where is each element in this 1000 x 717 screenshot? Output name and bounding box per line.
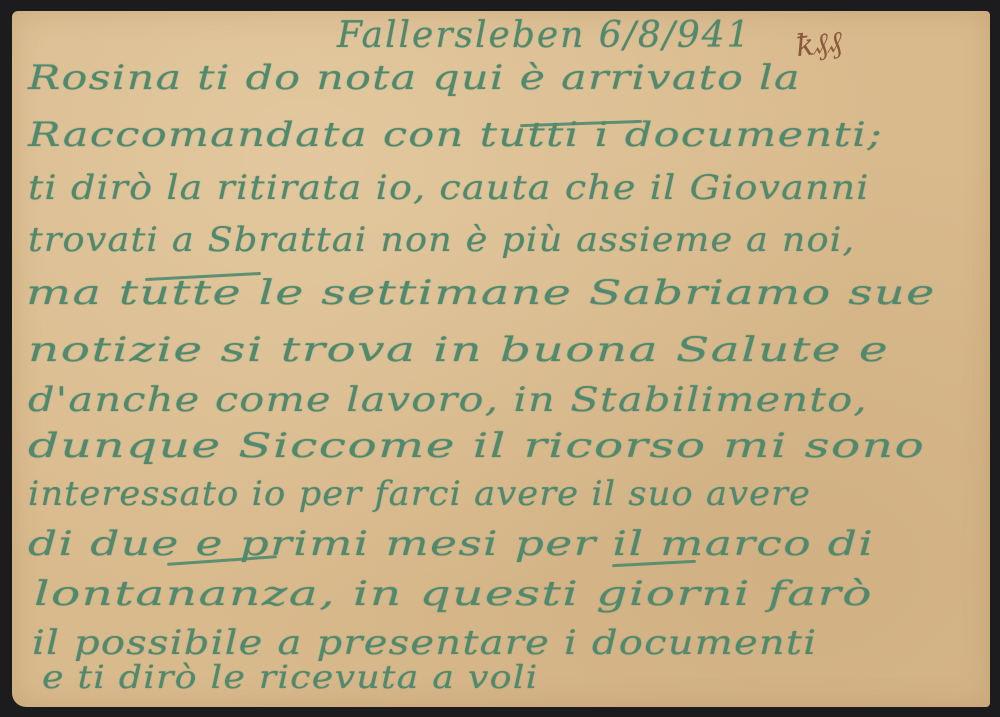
scan-background: Fallersleben 6/8/941 ꝁ₰₰ Rosina ti do no… <box>0 0 1000 717</box>
letter-line-10: di due e primi mesi per il marco di <box>28 527 874 561</box>
letter-line-7: d'anche come lavoro, in Stabilimento, <box>28 383 868 417</box>
postcard: Fallersleben 6/8/941 ꝁ₰₰ Rosina ti do no… <box>12 11 990 707</box>
letter-line-6: notizie si trova in buona Salute e <box>28 333 889 367</box>
brown-annotation-mark: ꝁ₰₰ <box>794 25 843 65</box>
letter-line-1: Rosina ti do nota qui è arrivato la <box>28 61 801 95</box>
place-date-header: Fallersleben 6/8/941 <box>337 15 752 56</box>
letter-line-11: lontananza, in questi giorni farò <box>34 577 873 611</box>
letter-line-3: ti dirò la ritirata io, cauta che il Gio… <box>28 171 870 205</box>
letter-line-4: trovati a Sbrattai non è più assieme a n… <box>28 223 855 257</box>
letter-line-5: ma tutte le settimane Sabriamo sue <box>26 276 936 310</box>
letter-line-9: interessato io per farci avere il suo av… <box>28 477 811 511</box>
letter-line-8: dunque Siccome il ricorso mi sono <box>28 429 925 463</box>
letter-line-12: il possibile a presentare i documenti <box>32 626 817 660</box>
letter-line-13: e ti dirò le ricevuta a voli <box>42 661 538 693</box>
letter-line-2: Raccomandata con tutti i documenti; <box>28 118 883 152</box>
